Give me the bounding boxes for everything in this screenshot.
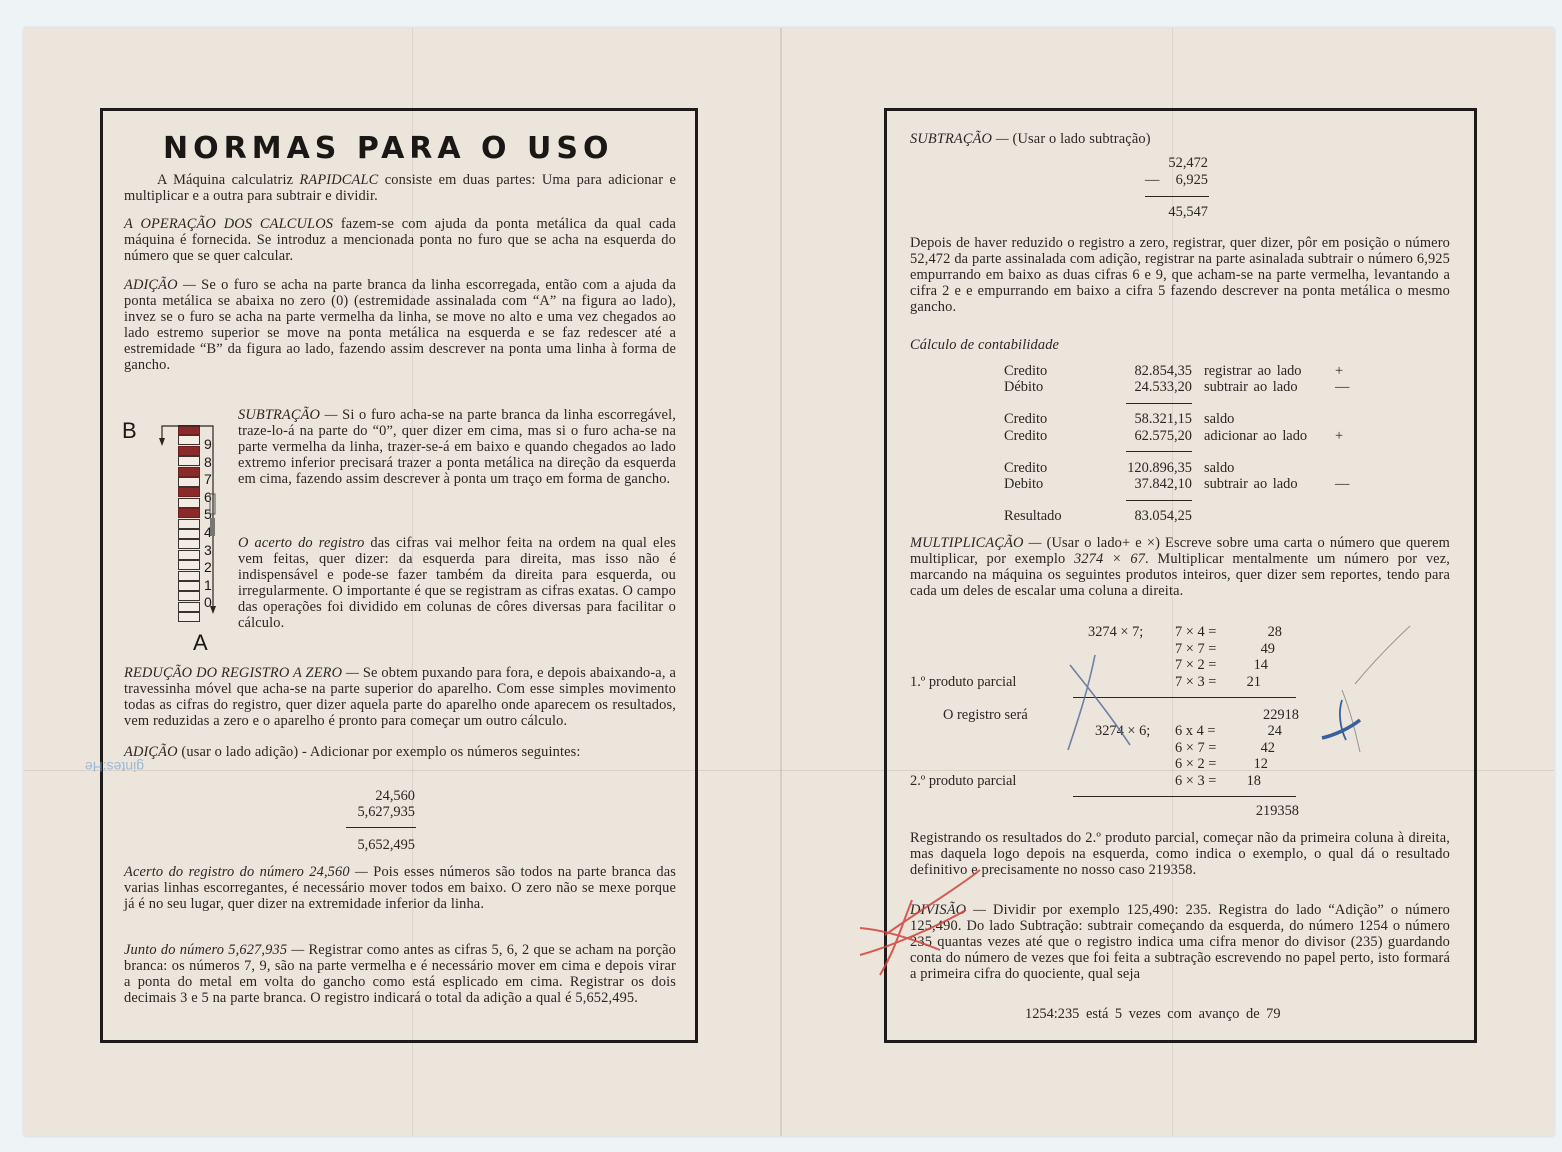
slider-digit: 1 bbox=[204, 577, 212, 595]
slider-cell bbox=[178, 602, 200, 612]
ledger-sign: — bbox=[1329, 379, 1349, 395]
ledger-label: Credito bbox=[1004, 363, 1116, 379]
section-heading: ADIÇÃO — bbox=[124, 277, 196, 293]
ledger-separator bbox=[1004, 395, 1349, 411]
slider-cell bbox=[178, 529, 200, 539]
slider-cell bbox=[178, 487, 200, 497]
registro-value: 22918 bbox=[1227, 707, 1299, 724]
ledger-value: 83.054,25 bbox=[1116, 508, 1192, 524]
slider-cell bbox=[178, 581, 200, 591]
section-heading: MULTIPLICAÇÃO — bbox=[910, 535, 1042, 551]
slider-digit: 2 bbox=[204, 559, 212, 577]
first-partial-value: 28 bbox=[1242, 624, 1282, 641]
section-heading: SUBTRAÇÃO — bbox=[238, 407, 338, 423]
ledger-separator bbox=[1004, 444, 1349, 460]
first-partial-expr: 7 × 4 = bbox=[1175, 624, 1216, 641]
section-heading: Acerto do registro do número 24,560 — bbox=[124, 864, 368, 880]
ledger-sign: + bbox=[1329, 428, 1349, 444]
slider-cell bbox=[178, 539, 200, 549]
ledger-row: Credito58.321,15saldo bbox=[1004, 411, 1349, 427]
ledger-value: 37.842,10 bbox=[1116, 476, 1192, 492]
sum-rule bbox=[346, 827, 416, 828]
ledger-row: Debito37.842,10subtrair ao lado— bbox=[1004, 476, 1349, 492]
slider-cell bbox=[178, 425, 200, 435]
ledger-sign bbox=[1329, 460, 1349, 476]
first-partial-value: 14 bbox=[1228, 657, 1268, 674]
ledger-value: 120.896,35 bbox=[1116, 460, 1192, 476]
second-partial-value: 24 bbox=[1242, 723, 1282, 740]
slider-digit: 4 bbox=[204, 524, 212, 542]
section-heading: Junto do número 5,627,935 — bbox=[124, 942, 304, 958]
addend-1: 24,560 bbox=[313, 788, 415, 805]
ledger-sign bbox=[1329, 411, 1349, 427]
section-heading: SUBTRAÇÃO — bbox=[910, 131, 1009, 147]
page-title: NORMAS PARA O USO bbox=[163, 131, 613, 166]
first-partial-expr: 7 × 2 = bbox=[1175, 657, 1216, 674]
section-text: Dividir por exemplo 125,490: 235. Regist… bbox=[910, 902, 1450, 982]
ledger-note: saldo bbox=[1192, 460, 1329, 476]
right-instructions-panel: SUBTRAÇÃO — (Usar o lado subtração) 52,4… bbox=[884, 108, 1477, 1043]
ledger-result-row: Resultado83.054,25 bbox=[1004, 508, 1349, 524]
first-partial-label: 1.º produto parcial bbox=[910, 674, 1016, 691]
ledger-value: 58.321,15 bbox=[1116, 411, 1192, 427]
second-partial-expr: 6 × 7 = bbox=[1175, 740, 1216, 757]
intro-paragraph: A Máquina calculatriz RAPIDCALC consiste… bbox=[124, 173, 676, 205]
subtracao-explanation: Depois de haver reduzido o registro a ze… bbox=[910, 236, 1450, 316]
ledger-row: Credito62.575,20adicionar ao lado+ bbox=[1004, 428, 1349, 444]
slider-cell bbox=[178, 467, 200, 477]
ledger-value: 24.533,20 bbox=[1116, 379, 1192, 395]
ledger-sign: + bbox=[1329, 363, 1349, 379]
minuend: 52,472 bbox=[1107, 155, 1208, 172]
slider-digit: 9 bbox=[204, 436, 212, 454]
ledger-label: Resultado bbox=[1004, 508, 1116, 524]
ledger-label: Débito bbox=[1004, 379, 1116, 395]
slider-digit: 0 bbox=[204, 594, 212, 612]
second-partial-expr: 6 x 4 = bbox=[1175, 723, 1216, 740]
acerto-paragraph: O acerto do registro das cifras vai melh… bbox=[238, 536, 676, 631]
slider-digits: 9876543210 bbox=[204, 436, 212, 612]
first-partial-expr: 7 × 3 = bbox=[1175, 674, 1216, 691]
slider-cell bbox=[178, 477, 200, 487]
first-partial-expr: 7 × 7 = bbox=[1175, 641, 1216, 658]
multiplicacao-explanation: Registrando os resultados do 2.º produto… bbox=[910, 831, 1450, 879]
second-multiplier-prefix: 3274 × 6; bbox=[1095, 723, 1150, 740]
difference-result: 45,547 bbox=[1107, 204, 1208, 221]
slider-diagram bbox=[178, 425, 200, 623]
slider-cell bbox=[178, 519, 200, 529]
slider-digit: 6 bbox=[204, 489, 212, 507]
section-text: Se o furo se acha na parte branca da lin… bbox=[124, 277, 676, 373]
ledger-label: Credito bbox=[1004, 460, 1116, 476]
figure-label-b: B bbox=[122, 418, 137, 444]
slider-cell bbox=[178, 560, 200, 570]
figure-label-a: A bbox=[193, 630, 208, 656]
example-expression: 3274 × 67 bbox=[1074, 551, 1145, 567]
adicao-exemplo-paragraph: ADIÇÃO (usar o lado adição) - Adicionar … bbox=[124, 745, 676, 761]
partial-rule bbox=[1073, 796, 1296, 797]
slider-cell bbox=[178, 550, 200, 560]
fold-crease bbox=[780, 28, 782, 1136]
second-partial-value: 18 bbox=[1221, 773, 1261, 790]
ledger-separator bbox=[1004, 492, 1349, 508]
brand-name: RAPIDCALC bbox=[299, 172, 378, 188]
divisao-example: 1254:235 está 5 vezes com avanço de 79 bbox=[1025, 1006, 1281, 1023]
second-partial-value: 12 bbox=[1228, 756, 1268, 773]
intro-text: A Máquina calculatriz bbox=[157, 172, 299, 188]
ledger-row: Credito82.854,35registrar ao lado+ bbox=[1004, 363, 1349, 379]
adicao-paragraph: ADIÇÃO — Se o furo se acha na parte bran… bbox=[124, 278, 676, 373]
ledger-note: subtrair ao lado bbox=[1192, 476, 1329, 492]
addition-result: 5,652,495 bbox=[313, 837, 415, 854]
section-heading: A OPERAÇÃO DOS CALCULOS bbox=[124, 216, 333, 232]
first-partial-value: 21 bbox=[1221, 674, 1261, 691]
section-text: (Usar o lado subtração) bbox=[1009, 131, 1151, 147]
ledger-value: 62.575,20 bbox=[1116, 428, 1192, 444]
ledger-note: registrar ao lado bbox=[1192, 363, 1329, 379]
ledger-sign: — bbox=[1329, 476, 1349, 492]
slider-digit: 7 bbox=[204, 471, 212, 489]
slider-cell bbox=[178, 571, 200, 581]
addend-2: 5,627,935 bbox=[313, 804, 415, 821]
second-partial-value: 42 bbox=[1235, 740, 1275, 757]
acerto-24560-paragraph: Acerto do registro do número 24,560 — Po… bbox=[124, 865, 676, 913]
second-partial-expr: 6 × 3 = bbox=[1175, 773, 1216, 790]
ledger-row: Credito120.896,35saldo bbox=[1004, 460, 1349, 476]
multiplicacao-paragraph: MULTIPLICAÇÃO — (Usar o lado+ e ×) Escre… bbox=[910, 536, 1450, 600]
ledger-row: Débito24.533,20subtrair ao lado— bbox=[1004, 379, 1349, 395]
slider-cell bbox=[178, 612, 200, 622]
first-partial-value: 49 bbox=[1235, 641, 1275, 658]
ledger-note: adicionar ao lado bbox=[1192, 428, 1329, 444]
first-multiplier-prefix: 3274 × 7; bbox=[1088, 624, 1143, 641]
ledger-value: 82.854,35 bbox=[1116, 363, 1192, 379]
contabilidade-heading: Cálculo de contabilidade bbox=[910, 338, 1210, 354]
contabilidade-table: Credito82.854,35registrar ao lado+Débito… bbox=[1004, 363, 1349, 524]
difference-rule bbox=[1145, 196, 1209, 197]
divisao-paragraph: DIVISÃO — Dividir por exemplo 125,490: 2… bbox=[910, 903, 1450, 983]
slider-cell bbox=[178, 508, 200, 518]
ledger-note: saldo bbox=[1192, 411, 1329, 427]
second-partial-label: 2.º produto parcial bbox=[910, 773, 1016, 790]
junto-paragraph: Junto do número 5,627,935 — Registrar co… bbox=[124, 943, 676, 1007]
slider-cell bbox=[178, 435, 200, 445]
subtracao-paragraph: SUBTRAÇÃO — Si o furo acha-se na parte b… bbox=[238, 408, 676, 488]
slider-digit: 3 bbox=[204, 542, 212, 560]
registro-label: O registro será bbox=[943, 707, 1028, 724]
ledger-label: Debito bbox=[1004, 476, 1116, 492]
ledger-label: Credito bbox=[1004, 411, 1116, 427]
section-heading: DIVISÃO — bbox=[910, 902, 986, 918]
ledger-label: Credito bbox=[1004, 428, 1116, 444]
slider-digit: 8 bbox=[204, 454, 212, 472]
slider-digit: 5 bbox=[204, 506, 212, 524]
section-heading: O acerto do registro bbox=[238, 535, 364, 551]
operacao-paragraph: A OPERAÇÃO DOS CALCULOS fazem-se com aju… bbox=[124, 217, 676, 265]
slider-cell bbox=[178, 456, 200, 466]
partial-rule bbox=[1073, 697, 1296, 698]
section-heading: REDUÇÃO DO REGISTRO A ZERO — bbox=[124, 665, 359, 681]
multiplication-result: 219358 bbox=[1227, 803, 1299, 820]
slider-cell bbox=[178, 498, 200, 508]
section-text: (usar o lado adição) - Adicionar por exe… bbox=[178, 744, 581, 760]
ledger-note: subtrair ao lado bbox=[1192, 379, 1329, 395]
subtrahend: 6,925 bbox=[1107, 172, 1208, 189]
slider-cell bbox=[178, 446, 200, 456]
reducao-paragraph: REDUÇÃO DO REGISTRO A ZERO — Se obtem pu… bbox=[124, 666, 676, 730]
section-heading: ADIÇÃO bbox=[124, 744, 178, 760]
second-partial-expr: 6 × 2 = bbox=[1175, 756, 1216, 773]
subtracao-heading-line: SUBTRAÇÃO — (Usar o lado subtração) bbox=[910, 132, 1450, 148]
slider-cell bbox=[178, 591, 200, 601]
